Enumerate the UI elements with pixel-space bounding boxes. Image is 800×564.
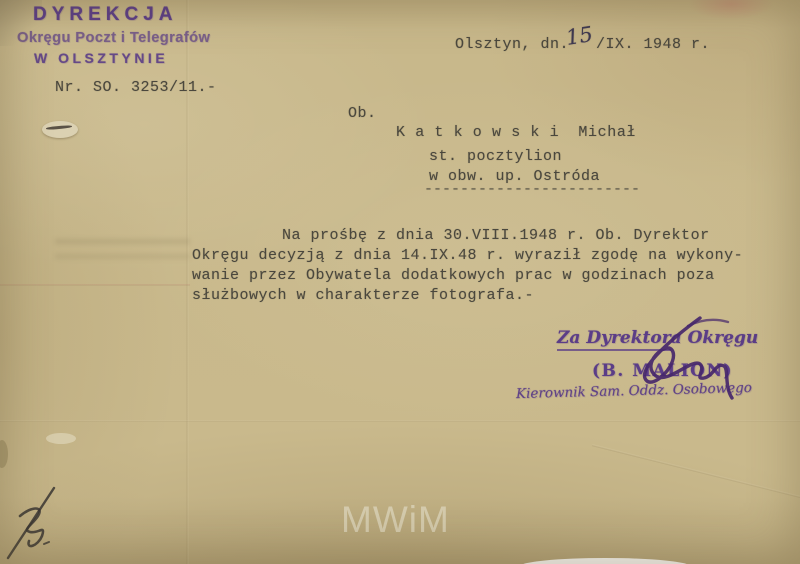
- handwritten-signature-scribble: [588, 306, 763, 406]
- addressee-dashed-underline: ------------------------: [424, 181, 640, 198]
- horizontal-crease-left: [0, 284, 190, 286]
- body-line-4: służbowych w charakterze fotografa.-: [192, 286, 757, 306]
- bottom-edge-background: [520, 558, 690, 564]
- handwritten-paraph: [2, 478, 72, 562]
- letter-body: Na prośbę z dnia 30.VIII.1948 r. Ob. Dyr…: [192, 226, 757, 306]
- stamp-header-line2: Okręgu Poczt i Telegrafów: [17, 29, 210, 46]
- addressee-rank: st. pocztylion: [429, 148, 562, 165]
- addressee-name: K a t k o w s k i Michał: [396, 124, 636, 141]
- dateline-handwritten-day: 15: [564, 22, 594, 50]
- ghost-text-imprint: [55, 232, 190, 268]
- faded-red-stamp-smudge: [688, 0, 774, 20]
- left-edge-notch: [0, 440, 8, 468]
- document-paper: DYREKCJA Okręgu Poczt i Telegrafów W OLS…: [0, 0, 800, 564]
- body-line-2: Okręgu decyzją z dnia 14.IX.48 r. wyrazi…: [192, 246, 757, 266]
- stamp-header-line1: DYREKCJA: [33, 4, 178, 26]
- dateline-month-year: /IX. 1948 r.: [596, 36, 710, 53]
- paper-scuff-spot: [46, 433, 76, 444]
- reference-number: Nr. SO. 3253/11.-: [55, 79, 217, 96]
- archive-watermark: MWiM: [341, 499, 450, 541]
- stamp-header-line3: W OLSZTYNIE: [34, 50, 168, 66]
- body-line-1: Na prośbę z dnia 30.VIII.1948 r. Ob. Dyr…: [192, 226, 757, 246]
- paper-tear-spot: [42, 121, 78, 138]
- addressee-salutation: Ob.: [348, 105, 377, 122]
- body-line-3: wanie przez Obywatela dodatkowych prac w…: [192, 266, 757, 286]
- tear-scratch-line: [46, 125, 72, 130]
- horizontal-crease-lower: [0, 420, 800, 422]
- scanned-document-photo: DYREKCJA Okręgu Poczt i Telegrafów W OLS…: [0, 0, 800, 564]
- dateline-place: Olsztyn, dn.: [455, 36, 569, 53]
- diagonal-crease-bottom-right: [592, 444, 800, 514]
